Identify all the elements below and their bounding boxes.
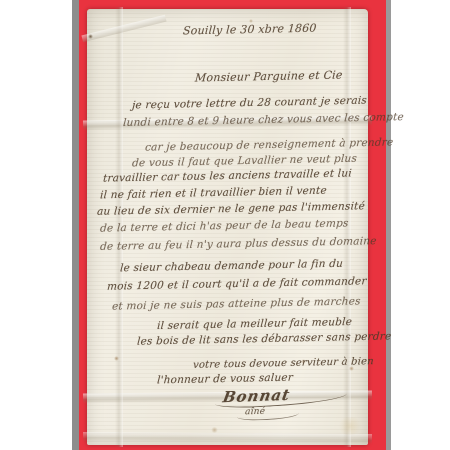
- manuscript-line: de la terre et dici h'as peur de la beau…: [100, 217, 349, 234]
- manuscript-line: il serait que la meilleur fait meuble: [157, 316, 353, 332]
- manuscript-line: de terre au feu il n'y aura plus dessus …: [100, 235, 377, 253]
- manuscript-salutation: Monsieur Parguine et Cie: [195, 68, 343, 84]
- manuscript-line: mois 1200 et il court qu'il a de fait co…: [107, 275, 367, 292]
- manuscript-line: et moi je ne suis pas atteine plus de ma…: [112, 295, 361, 312]
- letter-paper: Souilly le 30 xbre 1860 Monsieur Parguin…: [87, 9, 368, 445]
- manuscript-line: au lieu de six dernier ne le gene pas l'…: [97, 200, 366, 218]
- manuscript-line: le sieur chabeau demande pour la fin du: [120, 258, 344, 275]
- diagonal-fold-crease: [81, 15, 166, 43]
- letter-photograph: Souilly le 30 xbre 1860 Monsieur Parguin…: [72, 0, 391, 450]
- manuscript-line: travaillier car tous les anciens travail…: [103, 167, 353, 184]
- manuscript-line: les bois de lit sans les débarasser sans…: [137, 330, 392, 347]
- manuscript-line: car je beaucoup de renseignement à prend…: [145, 136, 394, 153]
- manuscript-dateline: Souilly le 30 xbre 1860: [183, 22, 317, 38]
- manuscript-closing-line: l'honneur de vous saluer: [157, 372, 294, 387]
- signature-suffix-underline: [237, 410, 299, 421]
- manuscript-line: de vous il faut que Lavallier ne veut pl…: [132, 153, 358, 170]
- horizontal-fold-crease: [83, 432, 372, 444]
- manuscript-line: il ne fait rien et il travaillier bien i…: [100, 185, 328, 202]
- manuscript-line: je reçu votre lettre du 28 courant je se…: [132, 95, 368, 112]
